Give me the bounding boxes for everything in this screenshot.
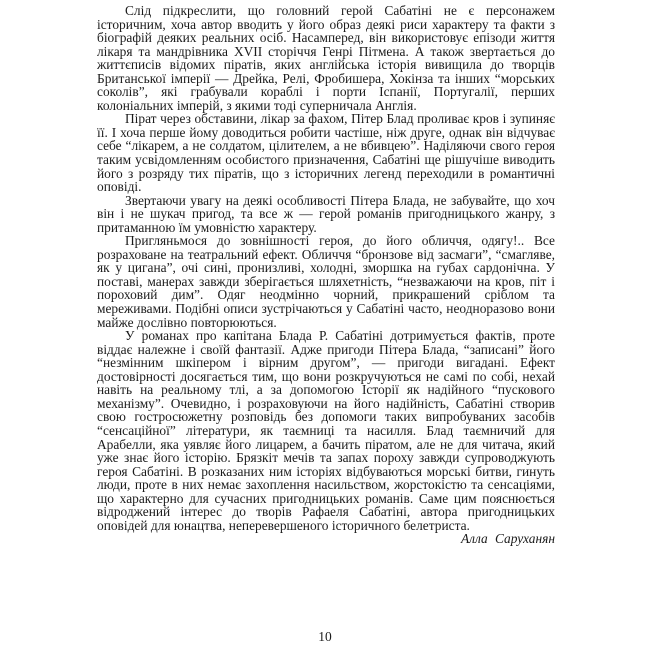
paragraph-1: Слід підкреслити, що головний герой Саба… (97, 4, 555, 112)
paragraph-2: Пірат через обставини, лікар за фахом, П… (97, 112, 555, 193)
book-page: Слід підкреслити, що головний герой Саба… (0, 0, 650, 650)
page-number: 10 (0, 630, 650, 644)
paragraph-4: Пригляньмося до зовнішності героя, до йо… (97, 234, 555, 329)
text-block: Слід підкреслити, що головний герой Саба… (97, 4, 555, 546)
paragraph-3: Звертаючи увагу на деякі особливості Піт… (97, 194, 555, 235)
paragraph-5: У романах про капітана Блада Р. Сабатіні… (97, 329, 555, 532)
author-signature: Алла Саруханян (97, 532, 555, 546)
